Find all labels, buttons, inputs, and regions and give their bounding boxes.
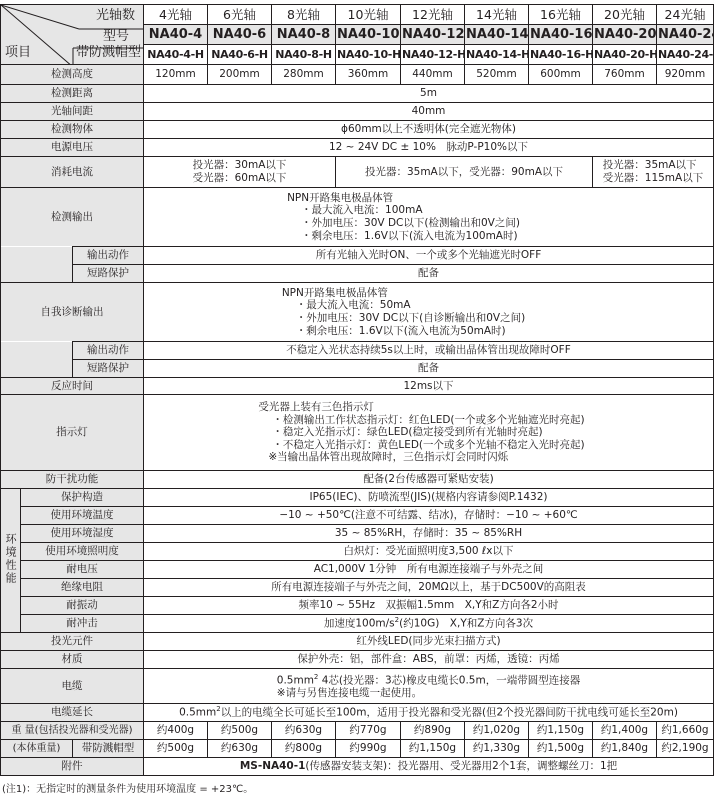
- value-cell: 约630g: [272, 722, 336, 740]
- row-self-diag: 自我诊断输出 NPN开路集电极晶体管 ・最大流入电流：50mA ・外加电压：30…: [1, 283, 714, 342]
- row-label: 材质: [1, 651, 144, 669]
- row-label: 电缆延长: [1, 704, 144, 722]
- row-env-temperature: 使用环境温度 −10 ~ +50℃(注意不可结露、结冰)，存储时：−10 ~ +…: [1, 507, 714, 525]
- value-cell: 约890g: [401, 722, 465, 740]
- value-cell: −10 ~ +50℃(注意不可结露、结冰)，存储时：−10 ~ +60℃: [144, 507, 714, 525]
- value-cell: 约630g: [208, 740, 272, 758]
- row-label: 检测距离: [1, 85, 144, 103]
- value-cell: 760mm: [593, 65, 657, 85]
- value-cell: 约500g: [144, 740, 208, 758]
- axis-count-cell: 24光轴: [657, 5, 714, 25]
- current-group-3: 投光器：35mA以下 受光器：115mA以下: [593, 157, 714, 188]
- value-cell: 约800g: [272, 740, 336, 758]
- row-cable-ext: 电缆延长 0.5mm2以上的电缆全长可延长至100m，适用于投光器和受光器(但2…: [1, 704, 714, 722]
- row-accessory: 附件 MS-NA40-1(传感器安装支架)：投光器用、受光器用2个1套，调整螺丝…: [1, 758, 714, 776]
- row-emitter: 投光元件 红外线LED(同步光束扫描方式): [1, 633, 714, 651]
- value-cell: 约1,840g: [593, 740, 657, 758]
- footnote: (注1)：无指定时的测量条件为使用环境温度 = +23℃。: [0, 776, 715, 798]
- row-label: 使用环境湿度: [21, 525, 144, 543]
- row-current: 消耗电流 投光器：30mA以下 受光器：60mA以下 投光器：35mA以下，受光…: [1, 157, 714, 188]
- value-cell: 520mm: [465, 65, 529, 85]
- value-cell: MS-NA40-1(传感器安装支架)：投光器用、受光器用2个1套，调整螺丝刀：1…: [144, 758, 714, 776]
- axis-count-cell: 20光轴: [593, 5, 657, 25]
- axis-count-label: 光轴数: [96, 8, 135, 24]
- axis-count-cell: 10光轴: [336, 5, 401, 25]
- value-cell: 440mm: [401, 65, 465, 85]
- row-sublabel: 短路保护: [73, 265, 144, 283]
- detect-output-spec: NPN开路集电极晶体管 ・最大流入电流：100mA ・外加电压：30V DC以下…: [144, 188, 714, 247]
- row-label: 自我诊断输出: [1, 283, 144, 342]
- model-cell: NA40-12: [401, 25, 465, 45]
- value-cell: 40mm: [144, 103, 714, 121]
- model-h-cell: NA40-20-H: [593, 45, 657, 65]
- value-cell: 920mm: [657, 65, 714, 85]
- row-env-protection: 环境性能 保护构造 IP65(IEC)、防喷流型(JIS)(规格内容请参阅P.1…: [1, 489, 714, 507]
- row-detect-distance: 检测距离 5m: [1, 85, 714, 103]
- row-label: 使用环境照明度: [21, 543, 144, 561]
- item-label: 项目: [5, 45, 31, 61]
- axis-count-cell: 8光轴: [272, 5, 336, 25]
- model-h-cell: NA40-24-H: [657, 45, 714, 65]
- row-env-withstand-voltage: 耐电压 AC1,000V 1分钟 所有电源连接端子与外壳之间: [1, 561, 714, 579]
- row-detect-short-protect: 短路保护 配备: [1, 265, 714, 283]
- model-h-cell: NA40-6-H: [208, 45, 272, 65]
- value-cell: 不稳定入光状态持续5s以上时，或输出晶体管出现故障时OFF: [144, 342, 714, 360]
- row-label: 检测物体: [1, 121, 144, 139]
- row-label: 电源电压: [1, 139, 144, 157]
- environment-group-label: 环境性能: [1, 489, 21, 633]
- row-label: 检测输出: [1, 188, 144, 247]
- row-label: 附件: [1, 758, 144, 776]
- row-env-shock: 耐冲击 加速度100m/s2(约10G) X,Y和Z方向各3次: [1, 615, 714, 633]
- spec-sheet: 光轴数 型号 项目 带防溅帽型 4光轴 6光轴 8光轴 10光轴 12光轴 14…: [0, 0, 715, 798]
- value-cell: 360mm: [336, 65, 401, 85]
- row-label: 反应时间: [1, 378, 144, 395]
- model-cell: NA40-8: [272, 25, 336, 45]
- model-cell: NA40-14: [465, 25, 529, 45]
- self-diag-spec: NPN开路集电极晶体管 ・最大流入电流：50mA ・外加电压：30V DC以下(…: [144, 283, 714, 342]
- row-indicator: 指示灯 受光器上装有三色指示灯 ・检测输出工作状态指示灯：红色LED(一个或多个…: [1, 395, 714, 471]
- row-cable: 电缆 0.5mm2 4芯(投光器：3芯)橡皮电缆长0.5m，一端带圆型连接器 ※…: [1, 669, 714, 704]
- axis-count-cell: 14光轴: [465, 5, 529, 25]
- current-group-1: 投光器：30mA以下 受光器：60mA以下: [144, 157, 336, 188]
- model-h-cell: NA40-8-H: [272, 45, 336, 65]
- row-detect-height: 检测高度 120mm 200mm 280mm 360mm 440mm 520mm…: [1, 65, 714, 85]
- model-h-cell: NA40-12-H: [401, 45, 465, 65]
- value-cell: 白炽灯：受光面照明度3,500 ℓx以下: [144, 543, 714, 561]
- value-cell: 保护外壳：铝，部件盒：ABS，前罩：丙烯，透镜：丙烯: [144, 651, 714, 669]
- cable-spec: 0.5mm2 4芯(投光器：3芯)橡皮电缆长0.5m，一端带圆型连接器 ※请与另…: [144, 669, 714, 704]
- row-detect-output: 检测输出 NPN开路集电极晶体管 ・最大流入电流：100mA ・外加电压：30V…: [1, 188, 714, 247]
- splash-cap-label: 带防溅帽型: [76, 45, 141, 61]
- row-label: 耐振动: [21, 597, 144, 615]
- value-cell: 约1,150g: [529, 722, 593, 740]
- model-cell: NA40-6: [208, 25, 272, 45]
- current-group-2: 投光器：35mA以下，受光器：90mA以下: [336, 157, 593, 188]
- value-cell: 0.5mm2以上的电缆全长可延长至100m，适用于投光器和受光器(但2个投光器间…: [144, 704, 714, 722]
- value-cell: 红外线LED(同步光束扫描方式): [144, 633, 714, 651]
- row-label: 耐电压: [21, 561, 144, 579]
- value-cell: 600mm: [529, 65, 593, 85]
- row-weight: 重 量(包括投光器和受光器) 约400g 约500g 约630g 约770g 约…: [1, 722, 714, 740]
- row-weight-h: (本体重量) 带防溅帽型 约500g 约630g 约800g 约990g 约1,…: [1, 740, 714, 758]
- indicator-spec: 受光器上装有三色指示灯 ・检测输出工作状态指示灯：红色LED(一个或多个光轴遮光…: [144, 395, 714, 471]
- row-label: (本体重量): [1, 740, 73, 758]
- value-cell: 配备: [144, 265, 714, 283]
- row-label: 使用环境温度: [21, 507, 144, 525]
- value-cell: ϕ60mm以上不透明体(完全遮光物体): [144, 121, 714, 139]
- row-self-diag-short-protect: 短路保护 配备: [1, 360, 714, 378]
- axis-count-cell: 12光轴: [401, 5, 465, 25]
- value-cell: 所有光轴入光时ON、一个或多个光轴遮光时OFF: [144, 247, 714, 265]
- value-cell: 120mm: [144, 65, 208, 85]
- value-cell: 配备(2台传感器可紧贴安装): [144, 471, 714, 489]
- row-env-vibration: 耐振动 频率10 ~ 55Hz 双振幅1.5mm X,Y和Z方向各2小时: [1, 597, 714, 615]
- value-cell: 约770g: [336, 722, 401, 740]
- model-h-cell: NA40-4-H: [144, 45, 208, 65]
- value-cell: AC1,000V 1分钟 所有电源连接端子与外壳之间: [144, 561, 714, 579]
- row-label: 指示灯: [1, 395, 144, 471]
- row-detect-object: 检测物体 ϕ60mm以上不透明体(完全遮光物体): [1, 121, 714, 139]
- value-cell: 200mm: [208, 65, 272, 85]
- value-cell: IP65(IEC)、防喷流型(JIS)(规格内容请参阅P.1432): [144, 489, 714, 507]
- value-cell: 频率10 ~ 55Hz 双振幅1.5mm X,Y和Z方向各2小时: [144, 597, 714, 615]
- spec-table: 光轴数 型号 项目 带防溅帽型 4光轴 6光轴 8光轴 10光轴 12光轴 14…: [0, 4, 714, 776]
- model-cell: NA40-4: [144, 25, 208, 45]
- model-cell: NA40-10: [336, 25, 401, 45]
- row-label: 重 量(包括投光器和受光器): [1, 722, 144, 740]
- row-label: 光轴间距: [1, 103, 144, 121]
- model-h-cell: NA40-10-H: [336, 45, 401, 65]
- value-cell: 所有电源连接端子与外壳之间，20MΩ以上，基于DC500V的高阻表: [144, 579, 714, 597]
- axis-count-cell: 4光轴: [144, 5, 208, 25]
- value-cell: 配备: [144, 360, 714, 378]
- row-self-diag-action: 输出动作 不稳定入光状态持续5s以上时，或输出晶体管出现故障时OFF: [1, 342, 714, 360]
- row-label: 绝缘电阻: [21, 579, 144, 597]
- model-cell: NA40-20: [593, 25, 657, 45]
- row-detect-output-action: 输出动作 所有光轴入光时ON、一个或多个光轴遮光时OFF: [1, 247, 714, 265]
- value-cell: 约1,020g: [465, 722, 529, 740]
- row-sublabel: 带防溅帽型: [73, 740, 144, 758]
- value-cell: 约1,330g: [465, 740, 529, 758]
- value-cell: 约1,500g: [529, 740, 593, 758]
- value-cell: 约1,150g: [401, 740, 465, 758]
- value-cell: 约1,400g: [593, 722, 657, 740]
- row-material: 材质 保护外壳：铝，部件盒：ABS，前罩：丙烯，透镜：丙烯: [1, 651, 714, 669]
- row-env-insulation: 绝缘电阻 所有电源连接端子与外壳之间，20MΩ以上，基于DC500V的高阻表: [1, 579, 714, 597]
- axis-count-cell: 6光轴: [208, 5, 272, 25]
- value-cell: 12 ~ 24V DC ± 10% 脉动P-P10%以下: [144, 139, 714, 157]
- row-label: 耐冲击: [21, 615, 144, 633]
- row-env-humidity: 使用环境湿度 35 ~ 85%RH，存储时：35 ~ 85%RH: [1, 525, 714, 543]
- value-cell: 35 ~ 85%RH，存储时：35 ~ 85%RH: [144, 525, 714, 543]
- value-cell: 12ms以下: [144, 378, 714, 395]
- model-cell: NA40-24: [657, 25, 714, 45]
- model-label: 型号: [103, 29, 129, 45]
- row-label: 保护构造: [21, 489, 144, 507]
- value-cell: 约990g: [336, 740, 401, 758]
- row-label: 消耗电流: [1, 157, 144, 188]
- axis-count-cell: 16光轴: [529, 5, 593, 25]
- model-h-cell: NA40-16-H: [529, 45, 593, 65]
- row-interference: 防干扰功能 配备(2台传感器可紧贴安装): [1, 471, 714, 489]
- row-label: 电缆: [1, 669, 144, 704]
- value-cell: 约2,190g: [657, 740, 714, 758]
- row-env-illuminance: 使用环境照明度 白炽灯：受光面照明度3,500 ℓx以下: [1, 543, 714, 561]
- row-axis-pitch: 光轴间距 40mm: [1, 103, 714, 121]
- row-sublabel: 短路保护: [73, 360, 144, 378]
- header-corner: 光轴数 型号 项目 带防溅帽型: [1, 5, 144, 65]
- row-supply-voltage: 电源电压 12 ~ 24V DC ± 10% 脉动P-P10%以下: [1, 139, 714, 157]
- model-h-cell: NA40-14-H: [465, 45, 529, 65]
- value-cell: 约500g: [208, 722, 272, 740]
- row-response-time: 反应时间 12ms以下: [1, 378, 714, 395]
- value-cell: 加速度100m/s2(约10G) X,Y和Z方向各3次: [144, 615, 714, 633]
- value-cell: 280mm: [272, 65, 336, 85]
- row-sublabel: 输出动作: [73, 247, 144, 265]
- value-cell: 5m: [144, 85, 714, 103]
- row-sublabel: 输出动作: [73, 342, 144, 360]
- model-cell: NA40-16: [529, 25, 593, 45]
- row-label: 检测高度: [1, 65, 144, 85]
- value-cell: 约400g: [144, 722, 208, 740]
- row-label: 防干扰功能: [1, 471, 144, 489]
- value-cell: 约1,660g: [657, 722, 714, 740]
- row-label: 投光元件: [1, 633, 144, 651]
